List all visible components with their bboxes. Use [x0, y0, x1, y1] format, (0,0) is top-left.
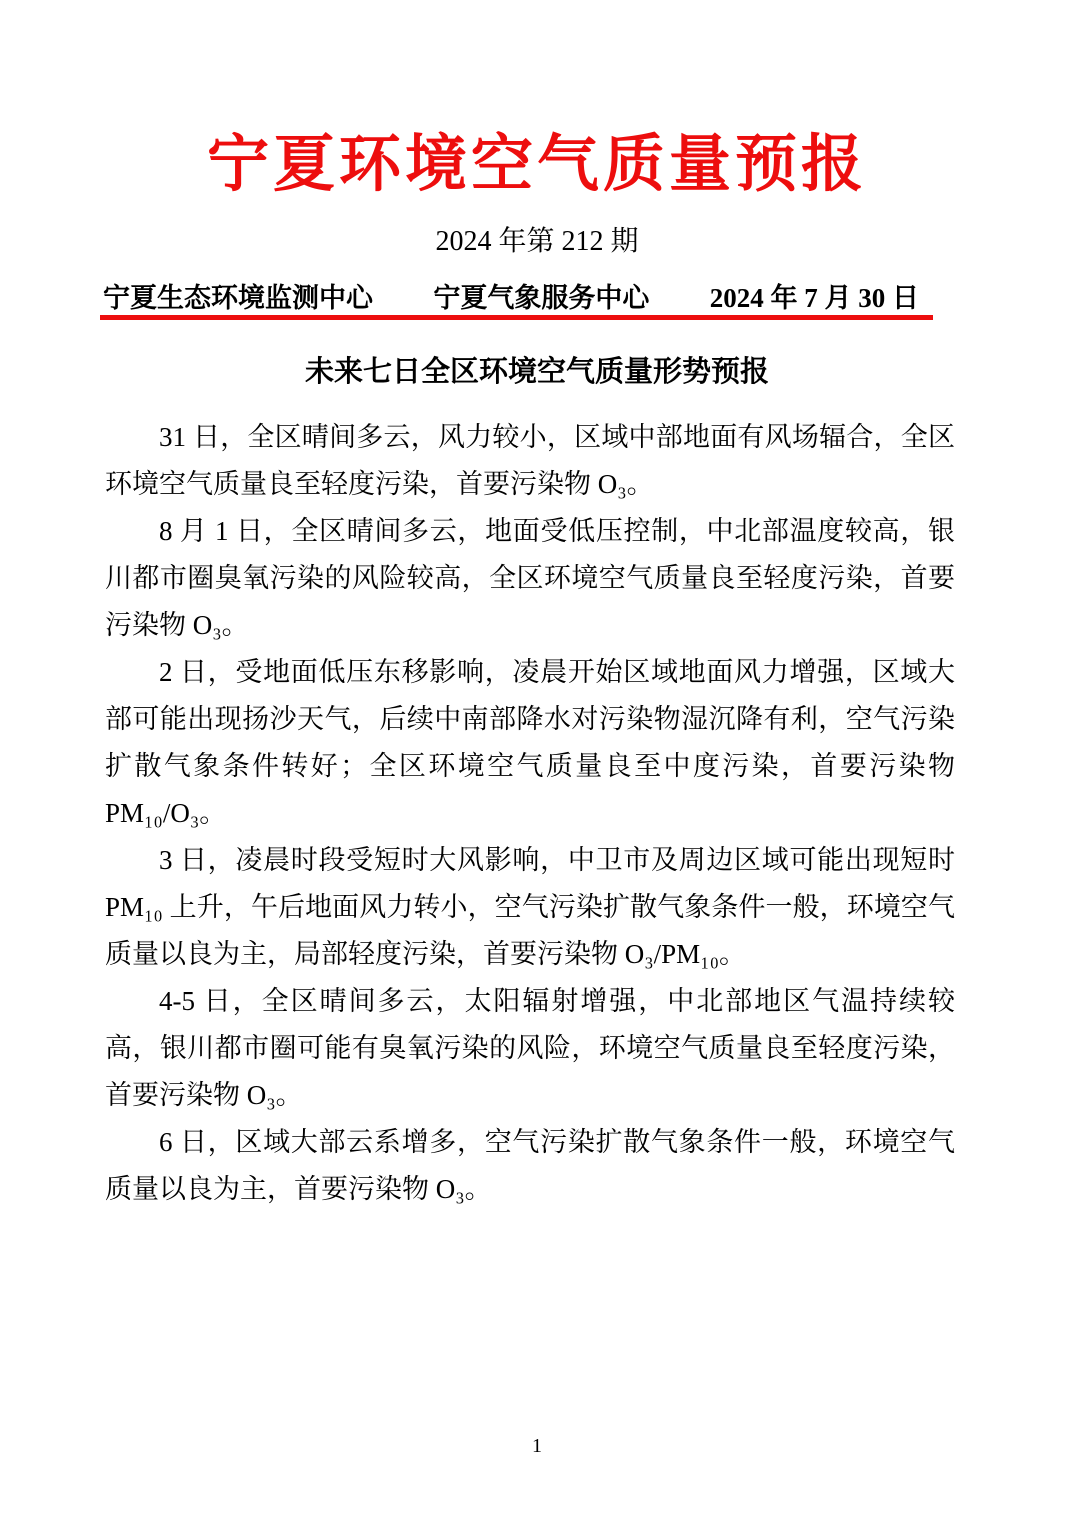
agency-monitoring-center: 宁夏生态环境监测中心	[103, 283, 373, 313]
agency-meteorological-center: 宁夏气象服务中心	[433, 283, 649, 313]
forecast-paragraph: 3 日，凌晨时段受短时大风影响，中卫市及周边区域可能出现短时 PM₁₀ 上升，午…	[105, 837, 955, 978]
page-number: 1	[0, 1434, 1074, 1458]
issue-date: 2024 年 7 月 30 日	[710, 283, 919, 313]
masthead: 宁夏生态环境监测中心 宁夏气象服务中心 2024 年 7 月 30 日	[100, 283, 933, 313]
forecast-paragraph: 4-5 日，全区晴间多云，太阳辐射增强，中北部地区气温持续较高，银川都市圈可能有…	[105, 978, 955, 1119]
forecast-paragraph: 2 日，受地面低压东移影响，凌晨开始区域地面风力增强，区域大部可能出现扬沙天气，…	[105, 649, 955, 837]
document-title: 宁夏环境空气质量预报	[0, 0, 1074, 204]
forecast-paragraph: 8 月 1 日，全区晴间多云，地面受低压控制，中北部温度较高，银川都市圈臭氧污染…	[105, 508, 955, 649]
forecast-paragraph: 31 日，全区晴间多云，风力较小，区域中部地面有风场辐合，全区环境空气质量良至轻…	[105, 414, 955, 508]
issue-number: 2024 年第 212 期	[0, 226, 1074, 258]
document-page: 宁夏环境空气质量预报 2024 年第 212 期 宁夏生态环境监测中心 宁夏气象…	[0, 0, 1074, 1520]
forecast-paragraph: 6 日，区域大部云系增多，空气污染扩散气象条件一般，环境空气质量以良为主，首要污…	[105, 1119, 955, 1213]
section-title: 未来七日全区环境空气质量形势预报	[0, 354, 1074, 390]
red-divider-rule	[100, 315, 933, 320]
forecast-body: 31 日，全区晴间多云，风力较小，区域中部地面有风场辐合，全区环境空气质量良至轻…	[105, 414, 955, 1213]
